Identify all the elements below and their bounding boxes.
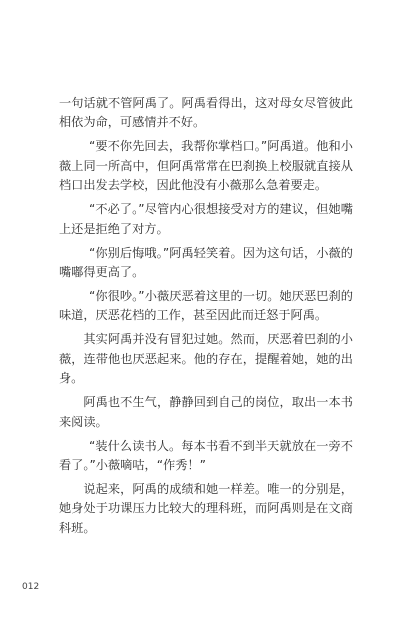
body-text: 一句话就不管阿禹了。阿禹看得出，这对母女尽管彼此相依为命，可感情并不好。 “要不… bbox=[59, 94, 353, 543]
paragraph: “要不你先回去，我帮你掌档口。”阿禹道。他和小薇上同一所高中，但阿禹常常在巴刹换… bbox=[59, 137, 353, 195]
paragraph: 阿禹也不生气，静静回到自己的岗位，取出一本书来阅读。 bbox=[59, 393, 353, 432]
paragraph: 说起来，阿禹的成绩和她一样差。唯一的分别是，她身处于功课压力比较大的理科班，而阿… bbox=[59, 480, 353, 538]
book-page: 一句话就不管阿禹了。阿禹看得出，这对母女尽管彼此相依为命，可感情并不好。 “要不… bbox=[0, 0, 420, 630]
paragraph: “装什么读书人。每本书看不到半天就放在一旁不看了。”小薇嘀咕，“作秀！” bbox=[59, 437, 353, 476]
paragraph: “你很吵。”小薇厌恶着这里的一切。她厌恶巴刹的味道，厌恶花档的工作，甚至因此而迁… bbox=[59, 287, 353, 326]
paragraph: 其实阿禹并没有冒犯过她。然而，厌恶着巴刹的小薇，连带他也厌恶起来。他的存在，提醒… bbox=[59, 330, 353, 388]
paragraph: “你别后悔哦。”阿禹轻笑着。因为这句话，小薇的嘴嘟得更高了。 bbox=[59, 244, 353, 283]
paragraph: 一句话就不管阿禹了。阿禹看得出，这对母女尽管彼此相依为命，可感情并不好。 bbox=[59, 94, 353, 133]
paragraph: “不必了。”尽管内心很想接受对方的建议，但她嘴上还是拒绝了对方。 bbox=[59, 200, 353, 239]
page-number: 012 bbox=[22, 582, 39, 592]
